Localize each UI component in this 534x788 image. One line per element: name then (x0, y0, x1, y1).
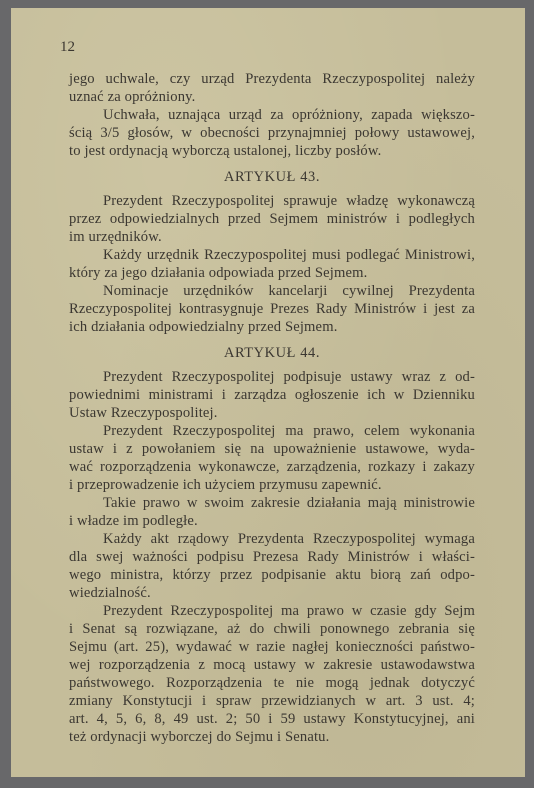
text-line: i Senat są rozwiązane, aż do chwili pono… (69, 620, 475, 638)
text-line: jego uchwale, czy urząd Prezydenta Rzecz… (69, 70, 475, 88)
text-line: ich działania odpowiedzialny przed Sejme… (69, 318, 475, 336)
paragraph: Prezydent Rzeczypospolitej podpisuje ust… (69, 368, 475, 422)
text-line: ścią 3/5 głosów, w obecności przynajmnie… (69, 124, 475, 142)
paragraph: Prezydent Rzeczypospolitej ma prawo w cz… (69, 602, 475, 746)
text-line: Takie prawo w swoim zakresie działania m… (69, 494, 475, 512)
text-line: zmiany Konstytucji i spraw przewidzianyc… (69, 692, 475, 710)
text-line: Sejmu (art. 25), wydawać w razie nagłej … (69, 638, 475, 656)
page-body-text: jego uchwale, czy urząd Prezydenta Rzecz… (69, 70, 475, 746)
paragraph: jego uchwale, czy urząd Prezydenta Rzecz… (69, 70, 475, 106)
text-line: i władze im podległe. (69, 512, 475, 530)
paragraph: Prezydent Rzeczypospolitej sprawuje wład… (69, 192, 475, 246)
text-line: Każdy akt rządowy Prezydenta Rzeczypospo… (69, 530, 475, 548)
text-line: im urzędników. (69, 228, 475, 246)
text-line: wego ministra, którzy przez podpisanie a… (69, 566, 475, 584)
paragraph: Nominacje urzędników kancelarji cywilnej… (69, 282, 475, 336)
paragraph: Każdy akt rządowy Prezydenta Rzeczypospo… (69, 530, 475, 602)
article-heading: ARTYKUŁ 44. (69, 344, 475, 362)
text-line: Prezydent Rzeczypospolitej sprawuje wład… (69, 192, 475, 210)
text-line: który za jego działania odpowiada przed … (69, 264, 475, 282)
paragraph: Uchwała, uznająca urząd za opróżniony, z… (69, 106, 475, 160)
text-line: państwowego. Rozporządzenia te nie mogą … (69, 674, 475, 692)
text-line: Prezydent Rzeczypospolitej ma prawo, cel… (69, 422, 475, 440)
text-line: ustaw i z powołaniem się na upoważnienie… (69, 440, 475, 458)
text-line: Rzeczypospolitej kontrasygnuje Prezes Ra… (69, 300, 475, 318)
page-number: 12 (60, 39, 75, 56)
text-line: to jest ordynacją wyborczą ustalonej, li… (69, 142, 475, 160)
text-line: wać rozporządzenia wykonawcze, zarządzen… (69, 458, 475, 476)
text-line: wiedzialność. (69, 584, 475, 602)
text-line: Prezydent Rzeczypospolitej podpisuje ust… (69, 368, 475, 386)
text-line: też ordynacji wyborczej do Sejmu i Senat… (69, 728, 475, 746)
text-line: art. 4, 5, 6, 8, 49 ust. 2; 50 i 59 usta… (69, 710, 475, 728)
text-line: Nominacje urzędników kancelarji cywilnej… (69, 282, 475, 300)
paragraph: Prezydent Rzeczypospolitej ma prawo, cel… (69, 422, 475, 494)
text-line: Każdy urzędnik Rzeczypospolitej musi pod… (69, 246, 475, 264)
text-line: przez odpowiedzialnych przed Sejmem mini… (69, 210, 475, 228)
paragraph: Każdy urzędnik Rzeczypospolitej musi pod… (69, 246, 475, 282)
text-line: powiednimi ministrami i zarządza ogłosze… (69, 386, 475, 404)
scanned-page: 12 jego uchwale, czy urząd Prezydenta Rz… (11, 8, 525, 777)
text-line: Prezydent Rzeczypospolitej ma prawo w cz… (69, 602, 475, 620)
article-heading: ARTYKUŁ 43. (69, 168, 475, 186)
paragraph: Takie prawo w swoim zakresie działania m… (69, 494, 475, 530)
text-line: i przeprowadzenie ich użyciem przymusu z… (69, 476, 475, 494)
text-line: wej rozporządzenia z mocą ustawy w zakre… (69, 656, 475, 674)
text-line: dla swej ważności podpisu Prezesa Rady M… (69, 548, 475, 566)
text-line: uznać za opróżniony. (69, 88, 475, 106)
text-line: Ustaw Rzeczypospolitej. (69, 404, 475, 422)
text-line: Uchwała, uznająca urząd za opróżniony, z… (69, 106, 475, 124)
